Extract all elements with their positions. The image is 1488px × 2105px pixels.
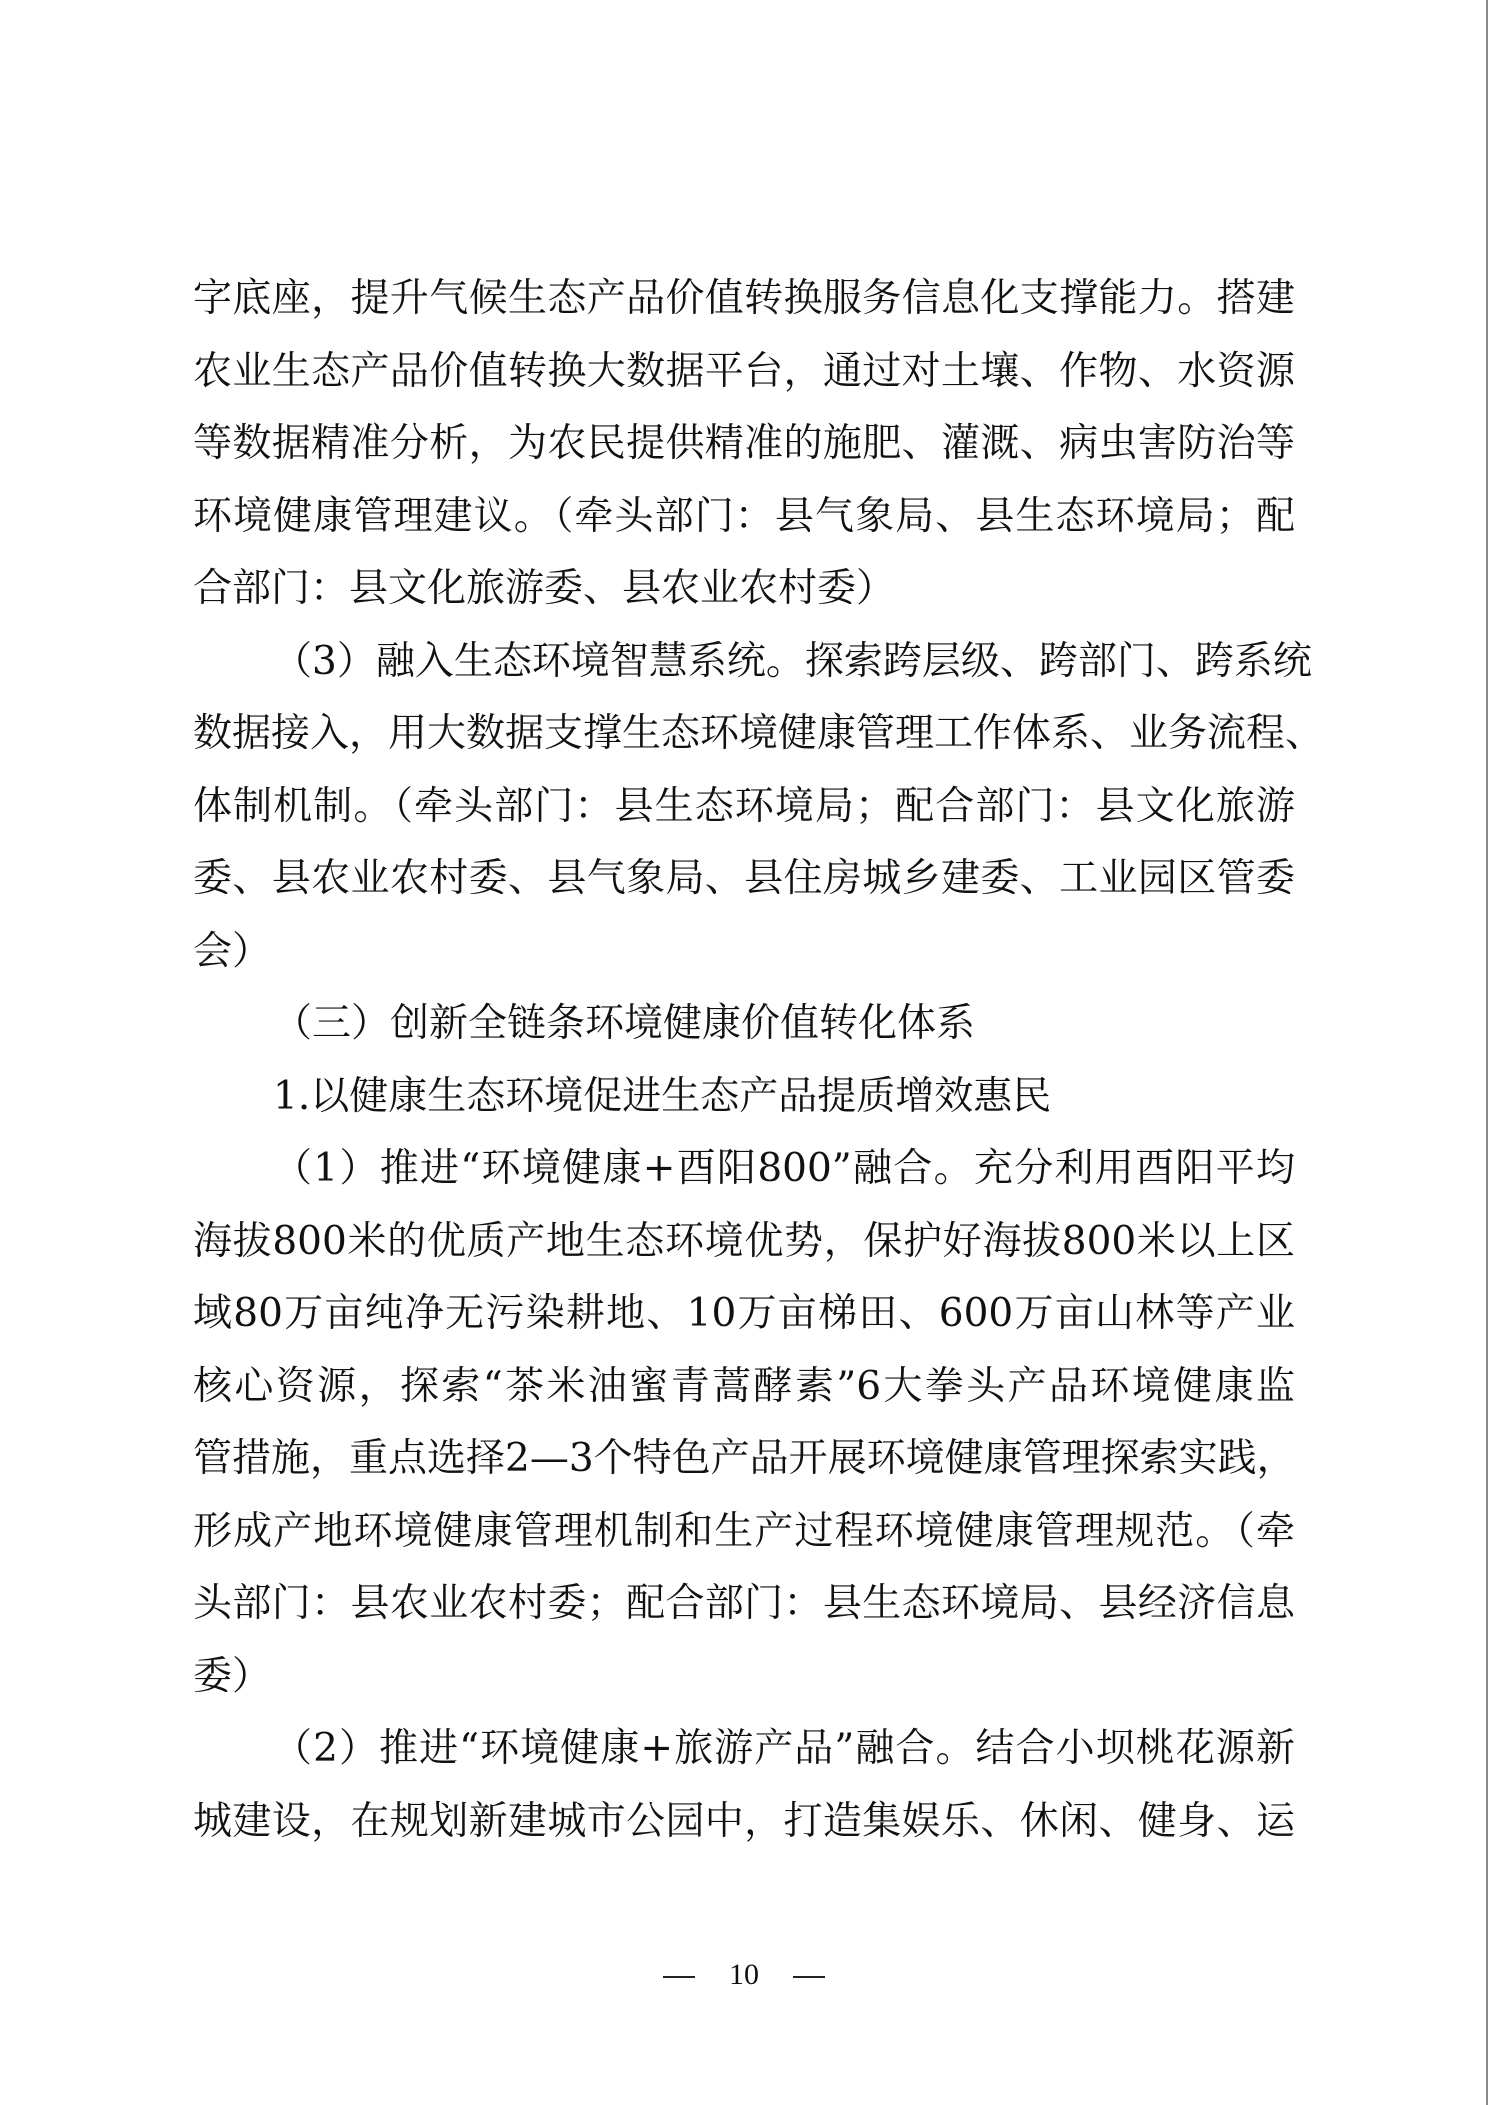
paragraph-start-line: （1）推进“环境健康+酉阳800”融合。充分利用酉阳平均 [193,1133,1295,1206]
dash-right [793,1976,825,1978]
paragraph-start-line: （2）推进“环境健康+旅游产品”融合。结合小坝桃花源新 [193,1713,1295,1786]
text-line: 等数据精准分析，为农民提供精准的施肥、灌溉、病虫害防治等 [193,408,1295,481]
text-line: 会） [193,916,1295,989]
subsection-heading: 1.以健康生态环境促进生态产品提质增效惠民 [193,1061,1295,1134]
text-line: 形成产地环境健康管理机制和生产过程环境健康管理规范。（牵 [193,1496,1295,1569]
paragraph-start-line: （3）融入生态环境智慧系统。探索跨层级、跨部门、跨系统 [193,626,1295,699]
text-line: 合部门：县文化旅游委、县农业农村委） [193,553,1295,626]
text-line: 环境健康管理建议。（牵头部门：县气象局、县生态环境局；配 [193,481,1295,554]
page-number: 10 [729,1958,759,1991]
text-line: 委、县农业农村委、县气象局、县住房城乡建委、工业园区管委 [193,843,1295,916]
text-line: 管措施，重点选择2—3个特色产品开展环境健康管理探索实践， [193,1423,1295,1496]
text-line: 委） [193,1641,1295,1714]
dash-left [663,1976,695,1978]
text-line: 核心资源，探索“茶米油蜜青蒿酵素”6大拳头产品环境健康监 [193,1351,1295,1424]
page-number-footer: 10 [0,1955,1488,1995]
text-line: 农业生态产品价值转换大数据平台，通过对土壤、作物、水资源 [193,336,1295,409]
text-line: 数据接入，用大数据支撑生态环境健康管理工作体系、业务流程、 [193,698,1295,771]
section-heading: （三）创新全链条环境健康价值转化体系 [193,988,1295,1061]
text-line: 海拔800米的优质产地生态环境优势，保护好海拔800米以上区 [193,1206,1295,1279]
text-line: 字底座，提升气候生态产品价值转换服务信息化支撑能力。搭建 [193,263,1295,336]
document-body: 字底座，提升气候生态产品价值转换服务信息化支撑能力。搭建 农业生态产品价值转换大… [193,263,1295,1858]
text-line: 域80万亩纯净无污染耕地、10万亩梯田、600万亩山林等产业 [193,1278,1295,1351]
text-line: 体制机制。（牵头部门：县生态环境局；配合部门：县文化旅游 [193,771,1295,844]
text-line: 头部门：县农业农村委；配合部门：县生态环境局、县经济信息 [193,1568,1295,1641]
text-line: 城建设，在规划新建城市公园中，打造集娱乐、休闲、健身、运 [193,1786,1295,1859]
